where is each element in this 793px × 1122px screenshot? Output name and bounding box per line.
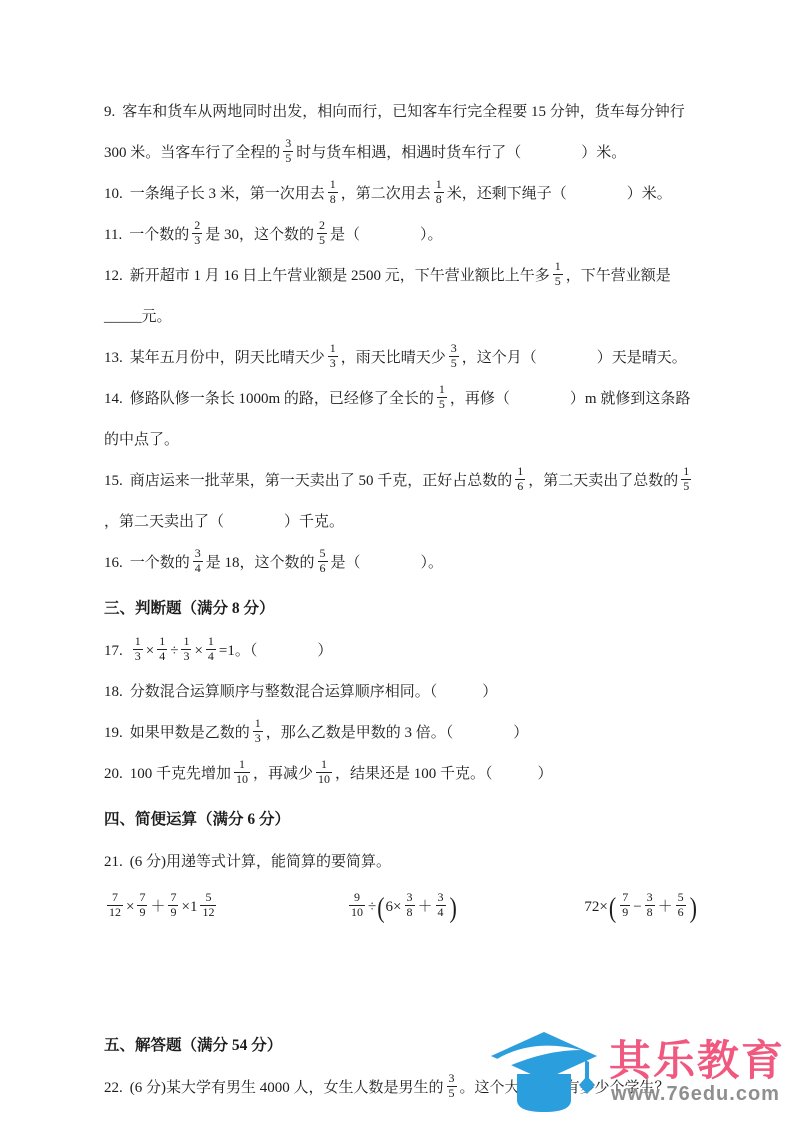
question-text: × — [126, 899, 134, 915]
fraction-numerator: 1 — [253, 717, 263, 731]
fraction-numerator: 3 — [193, 547, 203, 561]
question-text: ＋ — [150, 899, 165, 915]
fraction-numerator: 3 — [405, 891, 415, 905]
question-item: 15.商店运来一批苹果，第一天卖出了 50 千克，正好占总数的16，第二天卖出了… — [104, 461, 704, 543]
question-text: 一个数的 — [129, 227, 189, 243]
question-number: 21. — [104, 854, 123, 870]
expression: 72×(79−38＋56) — [584, 887, 698, 928]
fraction-denominator: 5 — [681, 479, 691, 494]
section-heading: 四、简便运算（满分 6 分） — [104, 798, 704, 842]
question-item: 20.100 千克先增加110，再减少110，结果还是 100 千克。（ ） — [104, 754, 704, 795]
question-text: 元。 — [142, 309, 172, 325]
fraction: 35 — [449, 342, 459, 371]
fraction: 15 — [437, 383, 447, 412]
fraction-numerator: 3 — [447, 1072, 457, 1086]
fraction: 38 — [645, 891, 655, 920]
fraction: 34 — [193, 547, 203, 576]
fraction: 14 — [157, 635, 167, 664]
fraction-numerator: 1 — [133, 635, 143, 649]
fraction-denominator: 5 — [553, 274, 563, 289]
question-text: ，雨天比晴天少 — [341, 350, 446, 366]
question-text: ，第二天卖出了总数的 — [528, 473, 678, 489]
fraction-numerator: 1 — [206, 635, 216, 649]
fraction: 110 — [316, 758, 332, 787]
fraction: 15 — [553, 260, 563, 289]
fraction: 18 — [328, 178, 338, 207]
fraction-denominator: 3 — [253, 731, 263, 746]
fraction-numerator: 1 — [681, 465, 691, 479]
question-text: 100 千克先增加 — [130, 766, 231, 782]
fraction: 25 — [317, 219, 327, 248]
question-number: 17. — [104, 643, 123, 659]
fraction: 79 — [620, 891, 630, 920]
fraction: 13 — [328, 342, 338, 371]
question-text: 如果甲数是乙数的 — [130, 725, 250, 741]
fraction-denominator: 8 — [645, 905, 655, 920]
fraction: 910 — [349, 891, 365, 920]
fraction: 18 — [434, 178, 444, 207]
fraction-denominator: 10 — [234, 772, 250, 787]
question-text: ，那么乙数是甲数的 3 倍。（ ） — [266, 725, 529, 741]
fraction-denominator: 3 — [133, 649, 143, 664]
fraction-denominator: 12 — [200, 905, 216, 920]
paren: ( — [377, 882, 384, 934]
question-text: − — [633, 899, 641, 915]
fraction: 38 — [405, 891, 415, 920]
question-text: (6 分)某大学有男生 4000 人，女生人数是男生的 — [130, 1080, 444, 1096]
fraction-numerator: 1 — [553, 260, 563, 274]
question-text: 72× — [584, 899, 607, 915]
question-item: 12.新开超市 1 月 16 日上午营业额是 2500 元，下午营业额比上午多1… — [104, 256, 704, 338]
fraction-denominator: 8 — [328, 192, 338, 207]
question-text: 6× — [386, 899, 402, 915]
question-text: ÷ — [368, 899, 376, 915]
fraction: 14 — [206, 635, 216, 664]
fraction-numerator: 1 — [515, 465, 525, 479]
question-number: 14. — [104, 391, 123, 407]
question-text: ÷ — [170, 643, 178, 659]
expression: 910÷(6×38＋34) — [346, 887, 458, 928]
fraction-denominator: 9 — [620, 905, 630, 920]
fraction: 13 — [253, 717, 263, 746]
question-item: 16.一个数的34是 18，这个数的56是（ ）。 — [104, 543, 704, 584]
fraction-numerator: 5 — [676, 891, 686, 905]
fraction: 16 — [515, 465, 525, 494]
question-item: 18.分数混合运算顺序与整数混合运算顺序相同。（ ） — [104, 672, 704, 713]
fraction-numerator: 5 — [318, 547, 328, 561]
fraction-numerator: 1 — [434, 178, 444, 192]
fraction-numerator: 1 — [234, 758, 250, 772]
fraction: 15 — [681, 465, 691, 494]
fraction-denominator: 3 — [328, 356, 338, 371]
fraction: 56 — [318, 547, 328, 576]
question-item: 17.13×14÷13×14=1。（ ） — [104, 631, 704, 672]
brand-url: www.76edu.com — [611, 1083, 780, 1105]
question-text: ，这个月（ ）天是晴天。 — [462, 350, 687, 366]
question-text: × — [146, 643, 154, 659]
question-item: 19.如果甲数是乙数的13，那么乙数是甲数的 3 倍。（ ） — [104, 713, 704, 754]
fraction-numerator: 7 — [137, 891, 147, 905]
answer-blank: _____ — [104, 297, 142, 338]
question-number: 10. — [104, 186, 123, 202]
fraction-denominator: 4 — [436, 905, 446, 920]
question-number: 18. — [104, 684, 123, 700]
question-text: 分数混合运算顺序与整数混合运算顺序相同。（ ） — [130, 684, 498, 700]
section-heading: 三、判断题（满分 8 分） — [104, 587, 704, 631]
fraction-denominator: 8 — [434, 192, 444, 207]
question-number: 13. — [104, 350, 123, 366]
question-number: 12. — [104, 268, 123, 284]
question-text: 是 30，这个数的 — [205, 227, 314, 243]
question-text: (6 分)用递等式计算，能简算的要简算。 — [130, 854, 391, 870]
fraction-denominator: 3 — [192, 233, 202, 248]
question-text: ，第二次用去 — [341, 186, 431, 202]
fraction-denominator: 12 — [107, 905, 123, 920]
fraction-numerator: 1 — [157, 635, 167, 649]
expression: 712×79＋79×1512 — [104, 887, 219, 927]
fraction: 512 — [200, 891, 216, 920]
question-item: 9.客车和货车从两地同时出发，相向而行，已知客车行完全程要 15 分钟，货车每分… — [104, 92, 704, 174]
fraction: 56 — [676, 891, 686, 920]
question-text: 某年五月份中，阴天比晴天少 — [130, 350, 325, 366]
fraction-numerator: 1 — [181, 635, 191, 649]
question-item: 10.一条绳子长 3 米，第一次用去18，第二次用去18米，还剩下绳子（ ）米。 — [104, 174, 704, 215]
question-number: 20. — [104, 766, 123, 782]
question-text: 是 18，这个数的 — [206, 555, 315, 571]
fraction-numerator: 1 — [316, 758, 332, 772]
fraction: 23 — [192, 219, 202, 248]
question-text: 是（ ）。 — [331, 555, 444, 571]
question-text: 时与货车相遇，相遇时货车行了（ ）米。 — [296, 145, 626, 161]
question-number: 9. — [104, 104, 115, 120]
fraction-numerator: 7 — [620, 891, 630, 905]
fraction-numerator: 9 — [349, 891, 365, 905]
question-text: ，再减少 — [253, 766, 313, 782]
brand-text-block: 其乐教育 www.76edu.com — [609, 1039, 785, 1105]
fraction-numerator: 1 — [328, 342, 338, 356]
expressions-row: 712×79＋79×1512910÷(6×38＋34)72×(79−38＋56) — [104, 887, 704, 928]
fraction-denominator: 3 — [181, 649, 191, 664]
fraction-denominator: 6 — [676, 905, 686, 920]
fraction-numerator: 1 — [328, 178, 338, 192]
fraction-denominator: 10 — [316, 772, 332, 787]
fraction: 79 — [137, 891, 147, 920]
fraction-denominator: 9 — [137, 905, 147, 920]
question-text: 米，还剩下绳子（ ）米。 — [447, 186, 672, 202]
fraction-numerator: 3 — [436, 891, 446, 905]
question-text: ＋ — [658, 899, 673, 915]
question-text: ，结果还是 100 千克。（ ） — [335, 766, 553, 782]
fraction-denominator: 5 — [283, 151, 293, 166]
paren: ) — [690, 882, 697, 934]
fraction-denominator: 4 — [206, 649, 216, 664]
question-item: 13.某年五月份中，阴天比晴天少13，雨天比晴天少35，这个月（ ）天是晴天。 — [104, 338, 704, 379]
fraction-numerator: 5 — [200, 891, 216, 905]
question-text: =1。（ ） — [219, 643, 332, 659]
question-item: 11.一个数的23是 30，这个数的25是（ ）。 — [104, 215, 704, 256]
fraction: 79 — [168, 891, 178, 920]
brand-logo: 其乐教育 www.76edu.com — [483, 1028, 785, 1116]
question-item: 14.修路队修一条长 1000m 的路，已经修了全长的15，再修（ ）m 就修到… — [104, 379, 704, 461]
question-text: ，下午营业额是 — [566, 268, 671, 284]
question-number: 16. — [104, 555, 123, 571]
question-number: 22. — [104, 1080, 123, 1096]
fraction: 35 — [283, 137, 293, 166]
fraction-denominator: 6 — [515, 479, 525, 494]
question-text: 一条绳子长 3 米，第一次用去 — [130, 186, 325, 202]
brand-name: 其乐教育 — [609, 1039, 785, 1083]
fraction-denominator: 5 — [437, 397, 447, 412]
fraction-denominator: 5 — [449, 356, 459, 371]
question-text: ×1 — [181, 899, 197, 915]
fraction-denominator: 5 — [317, 233, 327, 248]
fraction: 34 — [436, 891, 446, 920]
fraction-denominator: 9 — [168, 905, 178, 920]
fraction-numerator: 3 — [449, 342, 459, 356]
fraction-numerator: 3 — [645, 891, 655, 905]
paren: ( — [609, 882, 616, 934]
question-number: 15. — [104, 473, 123, 489]
question-text: × — [194, 643, 202, 659]
fraction-numerator: 7 — [107, 891, 123, 905]
fraction-numerator: 1 — [437, 383, 447, 397]
question-text: 商店运来一批苹果，第一天卖出了 50 千克，正好占总数的 — [130, 473, 513, 489]
fraction-numerator: 2 — [317, 219, 327, 233]
fraction-denominator: 4 — [157, 649, 167, 664]
fraction: 13 — [181, 635, 191, 664]
question-item: 21.(6 分)用递等式计算，能简算的要简算。 — [104, 842, 704, 883]
fraction-denominator: 4 — [193, 561, 203, 576]
question-text: 修路队修一条长 1000m 的路，已经修了全长的 — [130, 391, 434, 407]
worksheet-content: 9.客车和货车从两地同时出发，相向而行，已知客车行完全程要 15 分钟，货车每分… — [104, 92, 704, 1109]
fraction-numerator: 3 — [283, 137, 293, 151]
question-text: 新开超市 1 月 16 日上午营业额是 2500 元，下午营业额比上午多 — [130, 268, 550, 284]
fraction-denominator: 8 — [405, 905, 415, 920]
fraction: 35 — [447, 1072, 457, 1101]
fraction: 13 — [133, 635, 143, 664]
graduation-cap-icon — [483, 1028, 605, 1116]
question-number: 19. — [104, 725, 123, 741]
fraction-denominator: 5 — [447, 1086, 457, 1101]
fraction-denominator: 6 — [318, 561, 328, 576]
question-text: ，第二天卖出了（ ）千克。 — [104, 514, 344, 530]
fraction: 712 — [107, 891, 123, 920]
question-number: 11. — [104, 227, 122, 243]
question-text: ＋ — [418, 899, 433, 915]
fraction-denominator: 10 — [349, 905, 365, 920]
fraction: 110 — [234, 758, 250, 787]
question-text: 一个数的 — [130, 555, 190, 571]
paren: ) — [450, 882, 457, 934]
question-text: 是（ ）。 — [330, 227, 443, 243]
fraction-numerator: 2 — [192, 219, 202, 233]
fraction-numerator: 7 — [168, 891, 178, 905]
